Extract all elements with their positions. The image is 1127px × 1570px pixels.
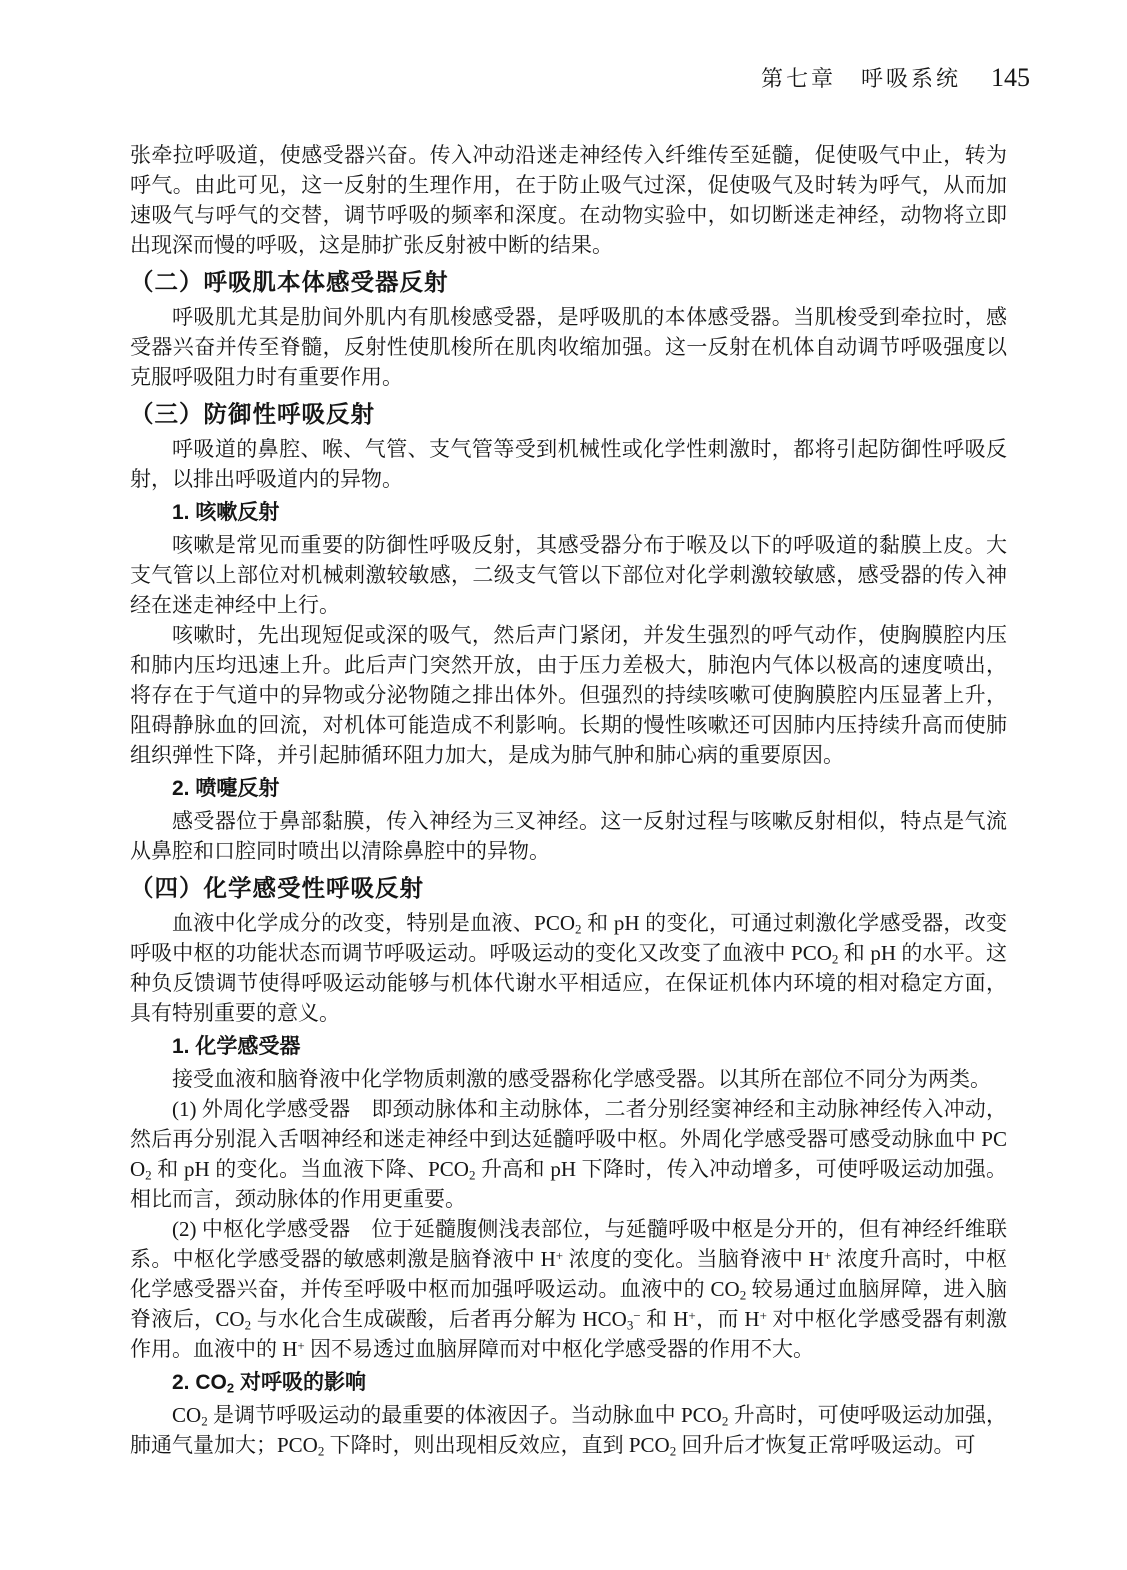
running-header: 第七章 呼吸系统145 xyxy=(761,62,1030,93)
subsection-heading: 2. 喷嚏反射 xyxy=(130,774,1007,804)
paragraph: (2) 中枢化学感受器 位于延髓腹侧浅表部位，与延髓呼吸中枢是分开的，但有神经纤… xyxy=(130,1214,1007,1364)
subsection-heading: 1. 化学感受器 xyxy=(130,1032,1007,1062)
section-heading: （二）呼吸肌本体感受器反射 xyxy=(130,267,1007,297)
paragraph: (1) 外周化学感受器 即颈动脉体和主动脉体，二者分别经窦神经和主动脉神经传入冲… xyxy=(130,1094,1007,1214)
page-number: 145 xyxy=(991,63,1030,92)
subsection-heading: 2. CO2 对呼吸的影响 xyxy=(130,1368,1007,1398)
paragraph: 呼吸道的鼻腔、喉、气管、支气管等受到机械性或化学性刺激时，都将引起防御性呼吸反射… xyxy=(130,434,1007,494)
page-body: 张牵拉呼吸道，使感受器兴奋。传入冲动沿迷走神经传入纤维传至延髓，促使吸气中止，转… xyxy=(130,140,1007,1460)
document-page: 第七章 呼吸系统145 张牵拉呼吸道，使感受器兴奋。传入冲动沿迷走神经传入纤维传… xyxy=(0,0,1127,1570)
paragraph: 呼吸肌尤其是肋间外肌内有肌梭感受器，是呼吸肌的本体感受器。当肌梭受到牵拉时，感受… xyxy=(130,302,1007,392)
paragraph: 张牵拉呼吸道，使感受器兴奋。传入冲动沿迷走神经传入纤维传至延髓，促使吸气中止，转… xyxy=(130,140,1007,260)
subsection-heading: 1. 咳嗽反射 xyxy=(130,498,1007,528)
paragraph: 血液中化学成分的改变，特别是血液、PCO2 和 pH 的变化，可通过刺激化学感受… xyxy=(130,908,1007,1028)
chapter-title: 第七章 呼吸系统 xyxy=(761,66,961,91)
section-heading: （三）防御性呼吸反射 xyxy=(130,399,1007,429)
paragraph: 咳嗽时，先出现短促或深的吸气，然后声门紧闭，并发生强烈的呼气动作，使胸膜腔内压和… xyxy=(130,620,1007,770)
paragraph: CO2 是调节呼吸运动的最重要的体液因子。当动脉血中 PCO2 升高时，可使呼吸… xyxy=(130,1400,1007,1460)
section-heading: （四）化学感受性呼吸反射 xyxy=(130,873,1007,903)
paragraph: 感受器位于鼻部黏膜，传入神经为三叉神经。这一反射过程与咳嗽反射相似，特点是气流从… xyxy=(130,806,1007,866)
paragraph: 接受血液和脑脊液中化学物质刺激的感受器称化学感受器。以其所在部位不同分为两类。 xyxy=(130,1064,1007,1094)
paragraph: 咳嗽是常见而重要的防御性呼吸反射，其感受器分布于喉及以下的呼吸道的黏膜上皮。大支… xyxy=(130,530,1007,620)
